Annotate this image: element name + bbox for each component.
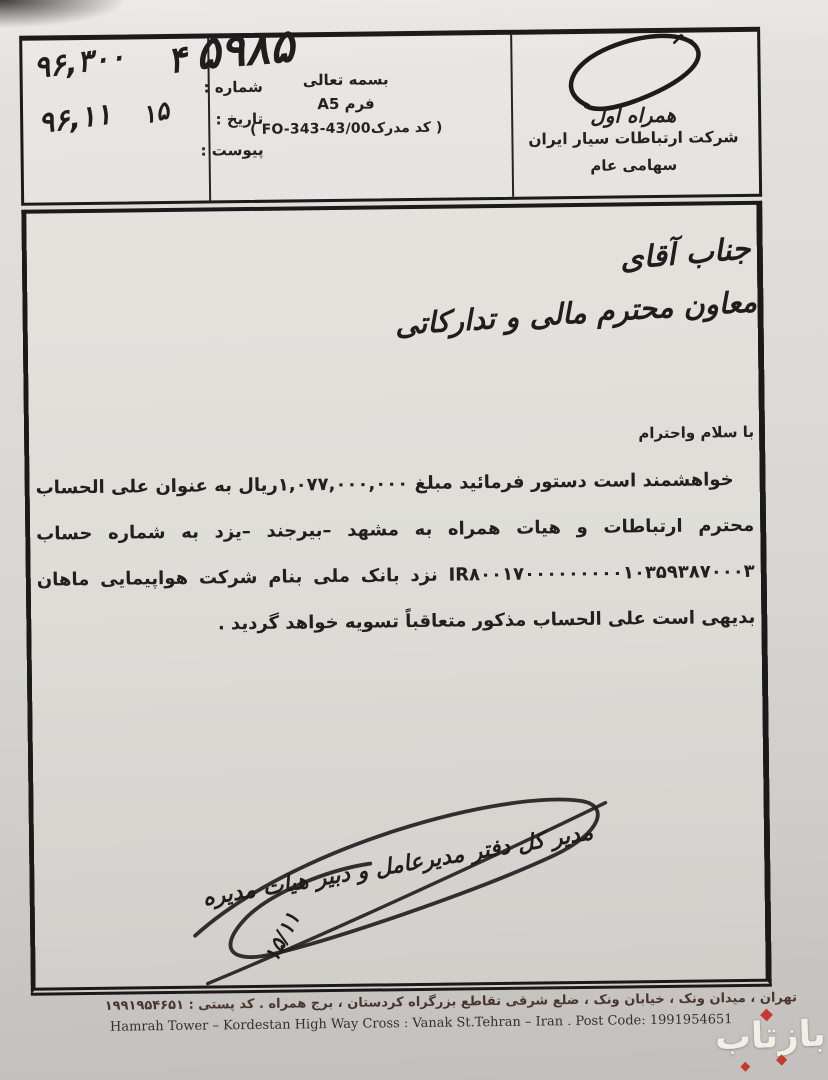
addressee-line1: جناب آقای: [619, 234, 752, 275]
bismillah-text: بسمه تعالی: [210, 71, 482, 89]
footer-address-en: Hamrah Tower – Kordestan High Way Cross …: [7, 1011, 828, 1036]
body-line-4: بدیهی است علی الحساب مذکور متعاقباً تسوی…: [37, 595, 756, 650]
company-share-type: سهامی عام: [511, 155, 757, 176]
signature-block: مدیر کل دفتر مدیرعامل و دبیر هیات مدیره: [173, 778, 636, 999]
letter-body-box: جناب آقای معاون محترم مالی و تدارکاتی با…: [21, 201, 772, 996]
salutation: با سلام واحترام: [638, 423, 754, 442]
letter-paragraph: خواهشمند است دستور فرمائید مبلغ ۱,۰۷۷,۰۰…: [35, 457, 755, 650]
handwritten-date-day: ۱۵: [140, 97, 172, 127]
watermark-accent-diamond: [740, 1062, 750, 1072]
attachment-label: پیوست :: [113, 141, 263, 161]
addressee-line2: معاون محترم مالی و تدارکاتی: [394, 287, 758, 339]
watermark-text: بازتاب: [714, 1016, 826, 1056]
scanned-letter: شماره : تاریخ : پیوست : ۹۶,۳۰۰ ۴ ۵۹۸۵ ۹۶…: [0, 0, 828, 1080]
header-center-cell: بسمه تعالی فرم A5 ( FO-343-43/00کد مدرک …: [210, 71, 483, 137]
document-code: ( FO-343-43/00کد مدرک ): [210, 120, 482, 137]
handwritten-number-large: ۵۹۸۵: [194, 22, 296, 76]
logo-wordmark: همراه اول: [510, 102, 756, 129]
form-number: فرم A5: [210, 95, 482, 113]
company-name: شرکت ارتباطات سیار ایران: [510, 128, 756, 149]
baztab-watermark: بازتاب: [732, 1002, 828, 1080]
